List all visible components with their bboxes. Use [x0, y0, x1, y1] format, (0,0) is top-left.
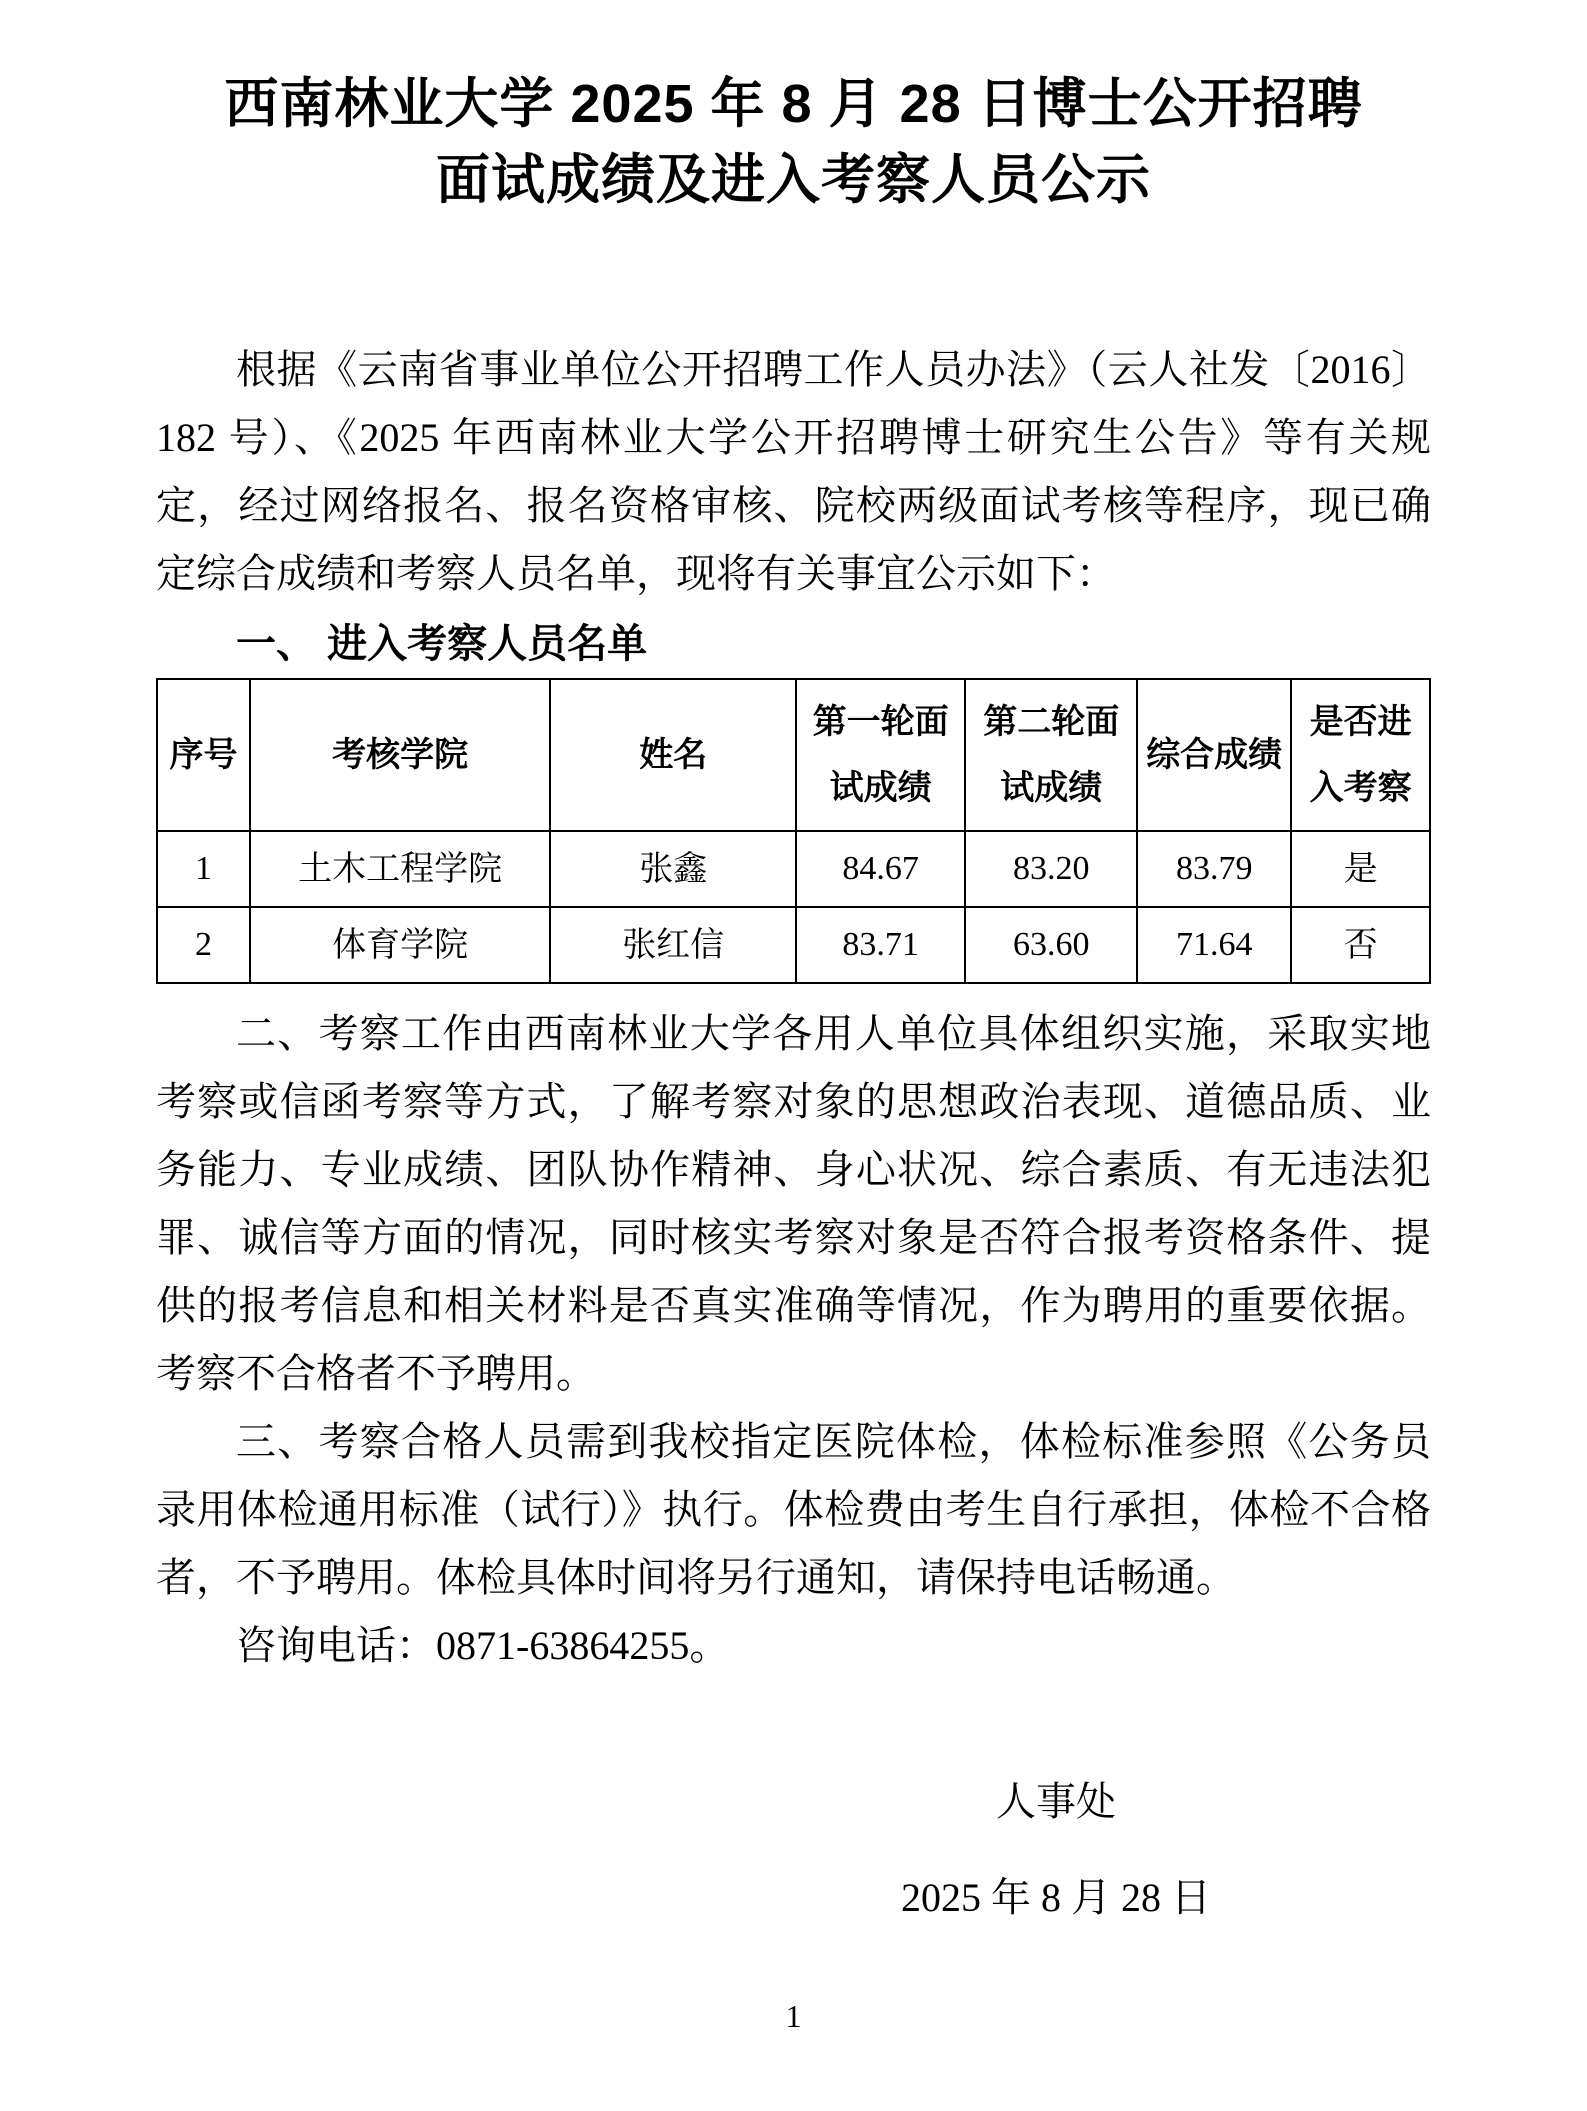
cell-round1-score: 83.71 [796, 907, 965, 983]
document-title: 西南林业大学 2025 年 8 月 28 日博士公开招聘 面试成绩及进入考察人员… [156, 66, 1431, 218]
cell-round2-score: 83.20 [965, 831, 1137, 907]
header-cell-round2: 第二轮面试成绩 [965, 679, 1137, 831]
intro-paragraph: 根据《云南省事业单位公开招聘工作人员办法》（云人社发〔2016〕182 号）、《… [156, 336, 1431, 608]
cell-college: 体育学院 [250, 907, 550, 983]
header-cell-inspection: 是否进入考察 [1291, 679, 1430, 831]
header-cell-round1: 第一轮面试成绩 [796, 679, 965, 831]
cell-round1-score: 84.67 [796, 831, 965, 907]
cell-overall-score: 71.64 [1137, 907, 1291, 983]
header-cell-college: 考核学院 [250, 679, 550, 831]
phone-line: 咨询电话：0871-63864255。 [156, 1612, 1431, 1680]
page-number: 1 [0, 1998, 1587, 2035]
section1-heading: 一、 进入考察人员名单 [156, 618, 1431, 670]
signature-department: 人事处 [901, 1754, 1211, 1850]
signature-date: 2025 年 8 月 28 日 [901, 1850, 1211, 1946]
cell-enter-inspection: 否 [1291, 907, 1430, 983]
section3-paragraph: 三、考察合格人员需到我校指定医院体检，体检标准参照《公务员录用体检通用标准（试行… [156, 1408, 1431, 1612]
cell-enter-inspection: 是 [1291, 831, 1430, 907]
candidates-score-table: 序号 考核学院 姓名 第一轮面试成绩 第二轮面试成绩 综合成绩 是否进入考察 1… [156, 678, 1431, 984]
cell-round2-score: 63.60 [965, 907, 1137, 983]
table-header-row: 序号 考核学院 姓名 第一轮面试成绩 第二轮面试成绩 综合成绩 是否进入考察 [157, 679, 1430, 831]
cell-college: 土木工程学院 [250, 831, 550, 907]
signature-block: 人事处 2025 年 8 月 28 日 [901, 1754, 1211, 1946]
section2-paragraph: 二、考察工作由西南林业大学各用人单位具体组织实施，采取实地考察或信函考察等方式，… [156, 1000, 1431, 1408]
cell-no: 2 [157, 907, 250, 983]
cell-overall-score: 83.79 [1137, 831, 1291, 907]
cell-name: 张鑫 [550, 831, 796, 907]
table-row: 2 体育学院 张红信 83.71 63.60 71.64 否 [157, 907, 1430, 983]
title-line-2: 面试成绩及进入考察人员公示 [436, 150, 1151, 210]
header-cell-overall: 综合成绩 [1137, 679, 1291, 831]
document-page: 西南林业大学 2025 年 8 月 28 日博士公开招聘 面试成绩及进入考察人员… [0, 0, 1587, 2111]
table-row: 1 土木工程学院 张鑫 84.67 83.20 83.79 是 [157, 831, 1430, 907]
cell-name: 张红信 [550, 907, 796, 983]
header-cell-name: 姓名 [550, 679, 796, 831]
title-line-1: 西南林业大学 2025 年 8 月 28 日博士公开招聘 [224, 74, 1362, 134]
cell-no: 1 [157, 831, 250, 907]
header-cell-no: 序号 [157, 679, 250, 831]
